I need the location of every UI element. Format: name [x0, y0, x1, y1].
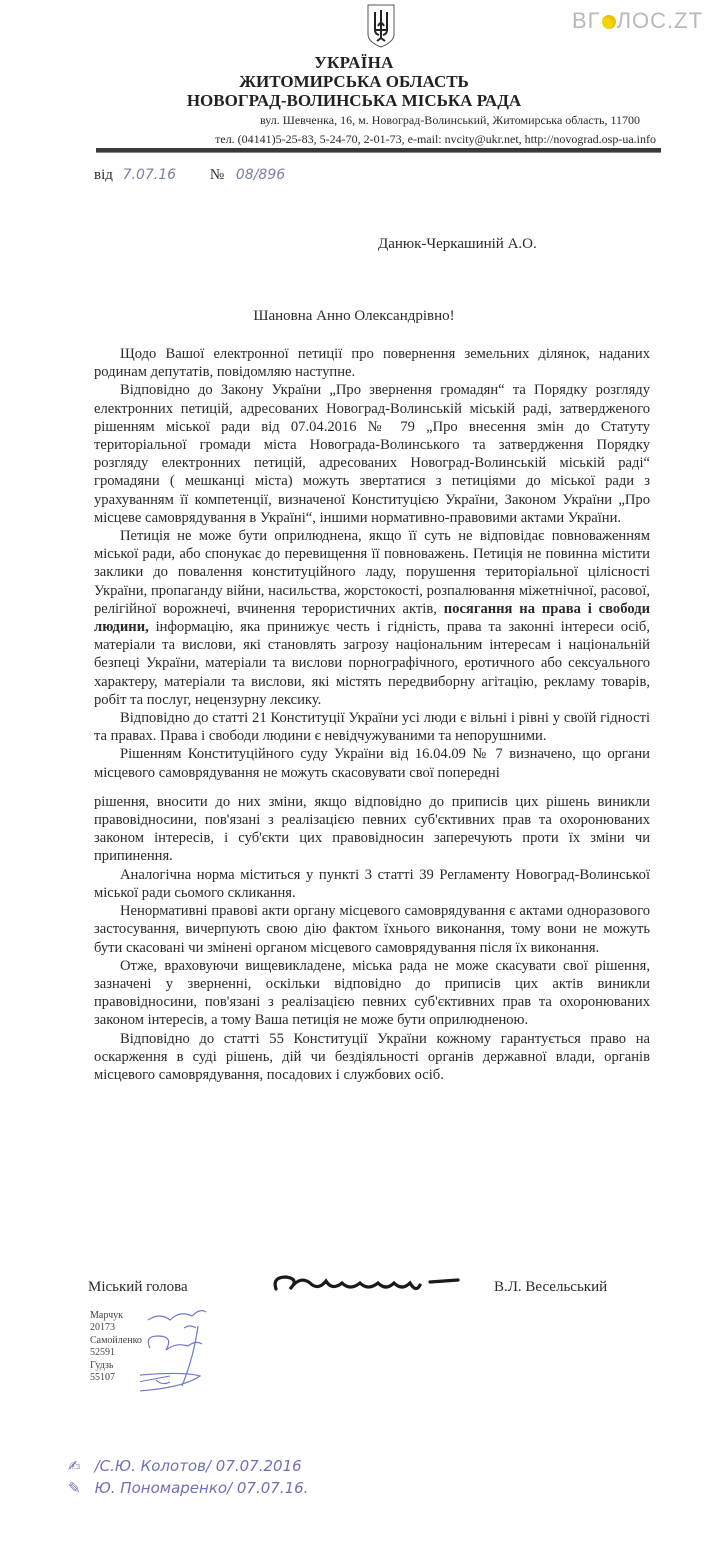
watermark-text-left: ВГ	[572, 8, 601, 33]
registration-line: від 7.07.16 № 08/896	[94, 167, 285, 184]
approvals-list: Марчук 20173 Самойленко 52591 Гудзь 5510…	[90, 1310, 142, 1384]
paragraph: Відповідно до Закону України „Про зверне…	[94, 381, 650, 527]
approver-phone: 20173	[90, 1322, 142, 1334]
trident-icon	[366, 4, 396, 48]
letter-body: Щодо Вашої електронної петиції про повер…	[94, 345, 650, 1084]
watermark-logo: ВГЛОС.ZT	[572, 8, 703, 34]
paragraph-continuation: рішення, вносити до них зміни, якщо відп…	[94, 793, 650, 866]
paragraph: Щодо Вашої електронної петиції про повер…	[94, 345, 650, 381]
paragraph: Відповідно до статті 21 Конституції Укра…	[94, 709, 650, 745]
paragraph: Петиція не може бути оприлюднена, якщо ї…	[94, 527, 650, 709]
approver-phone: 55107	[90, 1372, 142, 1384]
signal-icon	[602, 15, 616, 29]
region-heading: ЖИТОМИРСЬКА ОБЛАСТЬ	[0, 72, 708, 92]
salutation: Шановна Анно Олександрівно!	[0, 308, 708, 325]
number-value: 08/896	[236, 167, 285, 183]
watermark-text-right: ЛОС.ZT	[617, 8, 703, 33]
paragraph: Ненормативні правові акти органу місцево…	[94, 902, 650, 957]
council-address: вул. Шевченка, 16, м. Новоград-Волинськи…	[150, 113, 640, 128]
approval-initials-icon	[140, 1306, 230, 1396]
approver-name: Самойленко	[90, 1335, 142, 1347]
paragraph: Відповідно до статті 55 Конституції Укра…	[94, 1030, 650, 1085]
number-label: №	[210, 167, 224, 183]
council-heading: НОВОГРАД-ВОЛИНСЬКА МІСЬКА РАДА	[0, 91, 708, 111]
signature-scribble-icon	[270, 1269, 460, 1299]
approver-phone: 52591	[90, 1347, 142, 1359]
recipient: Данюк-Черкашиній А.О.	[378, 236, 537, 253]
letterhead-divider	[96, 148, 661, 153]
approver-name: Марчук	[90, 1310, 142, 1322]
handwritten-notes: ✍/С.Ю. Колотов/ 07.07.2016 ✎Ю. Пономарен…	[68, 1455, 308, 1499]
paragraph: Аналогічна норма міститься у пункті 3 ст…	[94, 866, 650, 902]
signatory-title: Міський голова	[88, 1279, 188, 1296]
date-value: 7.07.16	[123, 167, 176, 183]
paragraph: Отже, враховуючи вищевикладене, міська р…	[94, 957, 650, 1030]
country-heading: УКРАЇНА	[0, 53, 708, 73]
council-contacts: тел. (04141)5-25-83, 5-24-70, 2-01-73, e…	[74, 132, 656, 147]
signatory-name: В.Л. Весельський	[494, 1279, 607, 1296]
paragraph: Рішенням Конституційного суду України ві…	[94, 745, 650, 781]
handwritten-note: ✍/С.Ю. Колотов/ 07.07.2016	[68, 1455, 308, 1477]
handwritten-note: ✎Ю. Пономаренко/ 07.07.16.	[68, 1477, 308, 1499]
date-label: від	[94, 167, 113, 183]
approver-name: Гудзь	[90, 1360, 142, 1372]
